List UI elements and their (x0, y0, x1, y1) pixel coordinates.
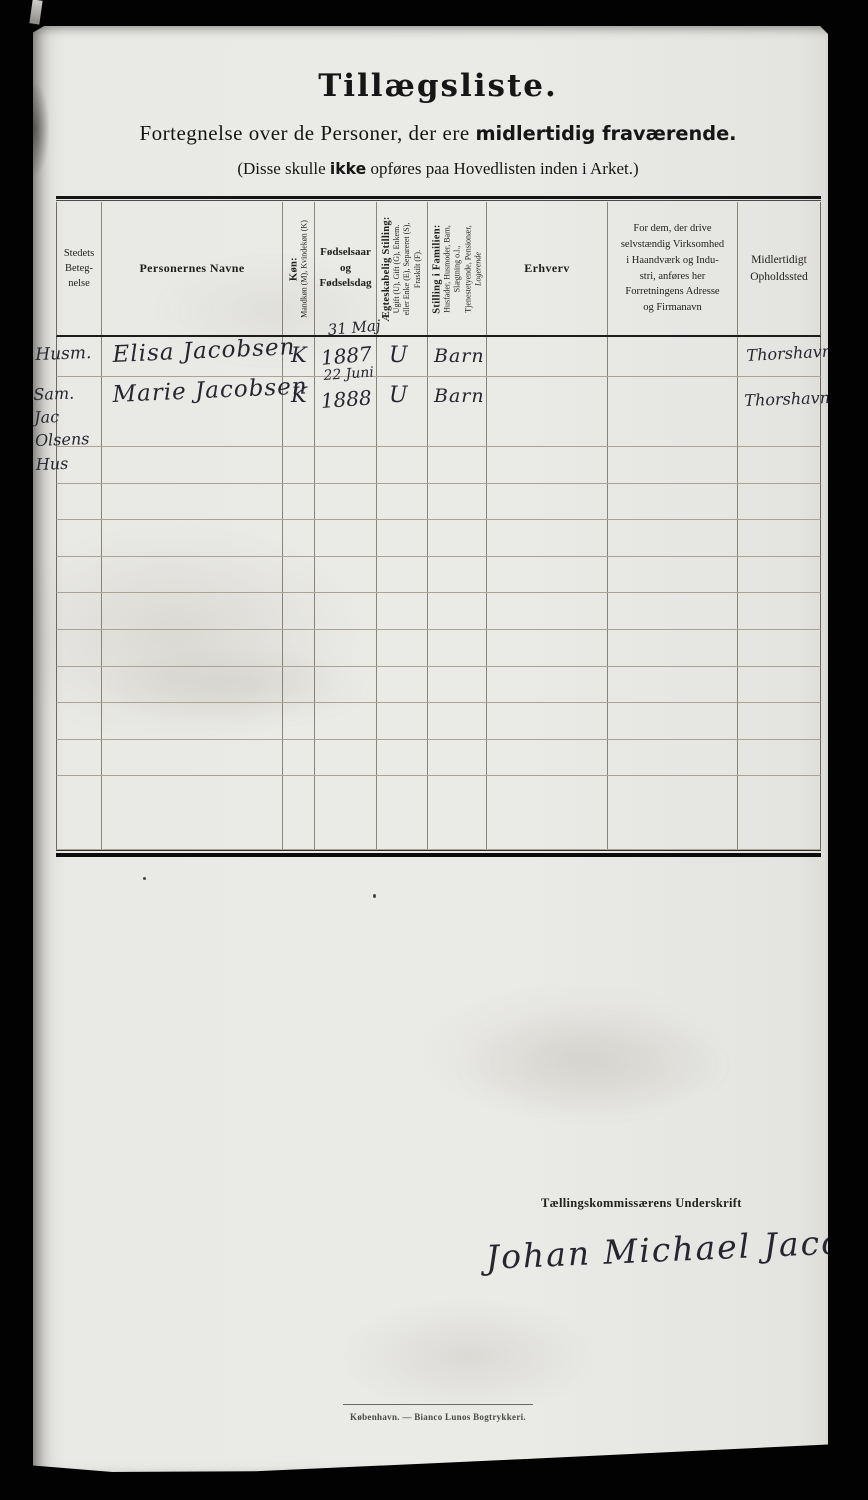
cell-sex: K (283, 377, 315, 446)
empty-cell (57, 813, 102, 849)
empty-cell (57, 667, 102, 703)
cell-family: Barn (428, 337, 487, 376)
signature-label: Tællingskommissærens Underskrift (541, 1196, 742, 1211)
empty-cell (608, 447, 738, 483)
printer-imprint: København. — Bianco Lunos Bogtrykkeri. (288, 1404, 588, 1425)
header-place: Stedets Beteg- nelse (57, 202, 102, 335)
empty-cell (57, 484, 102, 520)
table-row-empty (56, 447, 821, 484)
census-table: Stedets Beteg- nelse Personernes Navne K… (56, 196, 821, 857)
empty-cell (377, 703, 428, 739)
empty-cell (428, 667, 487, 703)
table-header-row: Stedets Beteg- nelse Personernes Navne K… (56, 202, 821, 337)
empty-cell (738, 740, 820, 776)
header-family-title: Stilling i Familien: (431, 204, 442, 333)
header-sex: Køn: Mandkøn (M), Kvindekøn (K) (283, 202, 315, 335)
header-marital-vertical-text: Ægteskabelig Stilling: Ugift (U), Gift (… (381, 204, 423, 333)
paper-stain (453, 1011, 733, 1121)
header-marital-title: Ægteskabelig Stilling: (381, 204, 392, 333)
cell-family: Barn (428, 377, 487, 446)
empty-cell (57, 776, 102, 813)
empty-cell (283, 667, 315, 703)
handwritten-birth-year: 1888 (320, 385, 372, 412)
cell-birth: 22 Juni 1888 (315, 377, 377, 446)
handwritten-family: Barn (434, 385, 485, 407)
table-row: Sam. Jac Olsens Hus Marie Jacobsen K 22 … (56, 377, 821, 447)
table-row-empty (56, 520, 821, 557)
handwritten-name: Marie Jacobsen (112, 373, 308, 407)
table-row-empty (56, 484, 821, 521)
empty-cell (428, 593, 487, 629)
empty-cell (102, 813, 283, 849)
empty-cell (283, 813, 315, 849)
empty-cell (428, 740, 487, 776)
scanned-page: Tillægsliste. Fortegnelse over de Person… (0, 0, 868, 1500)
handwritten-name: Elisa Jacobsen (112, 334, 296, 368)
table-bottom-rule (56, 850, 821, 857)
commissioner-signature: Johan Michael Jacobsen (485, 1219, 868, 1277)
empty-cell (487, 630, 608, 666)
cell-sex: K (283, 337, 315, 376)
paper-sheet: Tillægsliste. Fortegnelse over de Person… (33, 26, 828, 1472)
empty-cell (102, 630, 283, 666)
note-text: opføres paa Hovedlisten inden i Arket.) (366, 159, 638, 178)
cell-place: Husm. (57, 337, 102, 376)
cell-occupation (487, 337, 608, 376)
empty-cell (377, 776, 428, 813)
empty-cell (608, 813, 738, 849)
empty-cell (608, 520, 738, 556)
empty-cell (283, 703, 315, 739)
empty-cell (283, 776, 315, 813)
empty-cell (738, 593, 820, 629)
empty-cell (738, 813, 820, 849)
empty-cell (428, 703, 487, 739)
empty-cell (57, 740, 102, 776)
empty-cell (102, 447, 283, 483)
note-text: (Disse skulle (237, 159, 330, 178)
empty-cell (608, 484, 738, 520)
empty-cell (283, 593, 315, 629)
empty-cell (57, 593, 102, 629)
header-names: Personernes Navne (102, 202, 283, 335)
empty-cell (57, 520, 102, 556)
empty-cell (57, 447, 102, 483)
header-sex-vertical-text: Køn: Mandkøn (M), Kvindekøn (K) (288, 204, 309, 333)
empty-cell (102, 740, 283, 776)
empty-cell (283, 557, 315, 593)
empty-cell (315, 776, 377, 813)
empty-cell (428, 520, 487, 556)
empty-cell (487, 740, 608, 776)
empty-cell (487, 667, 608, 703)
empty-cell (315, 813, 377, 849)
header-family-key-italic: Logerende (474, 204, 483, 333)
empty-cell (377, 667, 428, 703)
page-subtitle: Fortegnelse over de Personer, der ere mi… (56, 121, 820, 146)
cell-business (608, 337, 738, 376)
handwritten-sex: K (291, 383, 307, 407)
empty-cell (315, 520, 377, 556)
empty-cell (102, 484, 283, 520)
empty-cell (487, 593, 608, 629)
ink-speck (143, 877, 146, 880)
header-occupation: Erhverv (487, 202, 608, 335)
empty-cell (377, 740, 428, 776)
header-sex-key: Mandkøn (M), Kvindekøn (K) (299, 204, 309, 333)
empty-cell (608, 667, 738, 703)
empty-cell (608, 630, 738, 666)
cell-name: Marie Jacobsen (102, 377, 283, 446)
header-marital-key: Ugift (U), Gift (G), Enkem. eller Enke (… (392, 204, 423, 333)
empty-cell (377, 630, 428, 666)
empty-cell (738, 703, 820, 739)
empty-cell (315, 447, 377, 483)
table-row-empty (56, 813, 821, 850)
empty-cell (487, 557, 608, 593)
table-row: Husm. Elisa Jacobsen K 31 Maj 1887 U (56, 337, 821, 377)
table-row-empty (56, 593, 821, 630)
empty-cell (283, 740, 315, 776)
empty-cell (283, 484, 315, 520)
empty-cell (57, 703, 102, 739)
empty-cell (102, 776, 283, 813)
subtitle-emphasis: midlertidig fraværende. (475, 122, 736, 145)
scan-corner-artifact (29, 0, 42, 25)
empty-cell (738, 667, 820, 703)
handwritten-marital: U (389, 343, 408, 368)
handwritten-residence: Thorshavn (744, 388, 830, 410)
cell-residence: Thorshavn (738, 337, 820, 376)
empty-cell (283, 630, 315, 666)
empty-cell (738, 520, 820, 556)
empty-cell (608, 776, 738, 813)
empty-cell (377, 813, 428, 849)
empty-cell (428, 813, 487, 849)
empty-cell (608, 557, 738, 593)
header-family-vertical-text: Stilling i Familien: Husfader, Husmoder,… (431, 204, 482, 333)
empty-cell (487, 776, 608, 813)
empty-cell (428, 630, 487, 666)
table-row-empty (56, 630, 821, 667)
empty-cell (738, 484, 820, 520)
table-row-empty (56, 740, 821, 777)
cell-marital: U (377, 377, 428, 446)
handwritten-family: Barn (434, 345, 485, 367)
empty-cell (377, 484, 428, 520)
table-row-empty (56, 776, 821, 813)
empty-cell (487, 703, 608, 739)
table-row-empty (56, 703, 821, 740)
empty-cell (487, 520, 608, 556)
empty-cell (57, 557, 102, 593)
empty-cell (283, 447, 315, 483)
table-row-empty (56, 557, 821, 594)
paper-edge-stain (33, 84, 49, 174)
empty-cell (608, 740, 738, 776)
handwritten-place: Husm. (35, 343, 92, 365)
empty-cell (315, 703, 377, 739)
subtitle-text: Fortegnelse over de Personer, der ere (139, 121, 475, 145)
header-family-key: Husfader, Husmoder, Barn, Slægtning o.l.… (442, 204, 473, 333)
empty-cell (377, 520, 428, 556)
empty-cell (738, 447, 820, 483)
empty-cell (738, 776, 820, 813)
empty-cell (377, 447, 428, 483)
page-note: (Disse skulle ikke opføres paa Hovedlist… (56, 159, 820, 179)
empty-cell (315, 667, 377, 703)
page-title: Tillægsliste. (56, 68, 820, 104)
printer-text: København. — Bianco Lunos Bogtrykkeri. (350, 1412, 526, 1422)
empty-cell (102, 593, 283, 629)
cell-place: Sam. Jac Olsens Hus (57, 377, 102, 446)
printer-rule (343, 1404, 533, 1405)
empty-cell (315, 557, 377, 593)
empty-cell (428, 557, 487, 593)
table-body: Husm. Elisa Jacobsen K 31 Maj 1887 U (56, 337, 821, 850)
empty-cell (377, 593, 428, 629)
header-business: For dem, der drive selvstændig Virksomhe… (608, 202, 738, 335)
empty-cell (428, 447, 487, 483)
handwritten-residence: Thorshavn (746, 342, 833, 365)
handwritten-sex: K (291, 343, 307, 367)
cell-marital: U (377, 337, 428, 376)
empty-cell (102, 557, 283, 593)
header-birth: Fødselsaar og Fødselsdag (315, 202, 377, 335)
header-sex-title: Køn: (288, 204, 299, 333)
empty-cell (428, 776, 487, 813)
empty-cell (315, 484, 377, 520)
empty-cell (102, 703, 283, 739)
note-emphasis: ikke (330, 159, 366, 178)
empty-cell (487, 813, 608, 849)
empty-cell (315, 740, 377, 776)
empty-cell (377, 557, 428, 593)
empty-cell (102, 667, 283, 703)
empty-cell (738, 630, 820, 666)
handwritten-birth-day: 22 Juni (323, 364, 374, 383)
empty-cell (315, 593, 377, 629)
handwritten-marital: U (389, 383, 408, 408)
cell-name: Elisa Jacobsen (102, 337, 283, 376)
header-residence: Midlertidigt Opholdssted (738, 202, 820, 335)
empty-cell (487, 484, 608, 520)
cell-business (608, 377, 738, 446)
table-row-empty (56, 667, 821, 704)
header-family: Stilling i Familien: Husfader, Husmoder,… (428, 202, 487, 335)
empty-cell (608, 703, 738, 739)
cell-occupation (487, 377, 608, 446)
empty-cell (57, 630, 102, 666)
empty-cell (428, 484, 487, 520)
cell-residence: Thorshavn (738, 377, 820, 446)
header-marital: Ægteskabelig Stilling: Ugift (U), Gift (… (377, 202, 428, 335)
empty-cell (283, 520, 315, 556)
empty-cell (738, 557, 820, 593)
empty-cell (608, 593, 738, 629)
empty-cell (487, 447, 608, 483)
ink-speck (373, 894, 376, 898)
empty-cell (102, 520, 283, 556)
empty-cell (315, 630, 377, 666)
